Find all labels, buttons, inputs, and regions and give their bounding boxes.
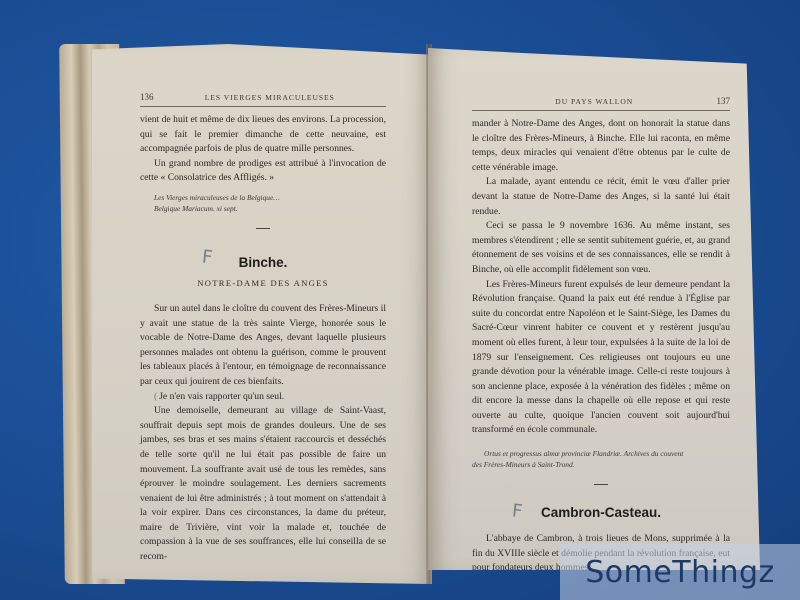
source-line: Ortus et progressus almæ provinciæ Fland… xyxy=(484,448,730,459)
section-divider xyxy=(256,228,270,229)
section-title-binche: F Binche. xyxy=(140,255,386,270)
section-title-text: Cambron-Casteau. xyxy=(541,505,661,520)
left-running-title: LES VIERGES MIRACULEUSES xyxy=(154,93,387,102)
right-running-head: DU PAYS WALLON 137 xyxy=(472,96,730,111)
paragraph: Une demoiselle, demeurant au village de … xyxy=(140,404,386,565)
section-subtitle: NOTRE-DAME DES ANGES xyxy=(140,278,386,288)
paragraph: (Je n'en vais rapporter qu'un seul. xyxy=(140,390,386,405)
right-page-number: 137 xyxy=(717,96,731,106)
section-title-cambron: F Cambron-Casteau. xyxy=(472,505,730,520)
paragraph: La malade, ayant entendu ce récit, émit … xyxy=(472,175,730,219)
source-line: Belgique Mariacum. xi sept. xyxy=(154,203,386,214)
pencil-bracket-icon: ( xyxy=(154,391,157,402)
paragraph: Sur un autel dans le cloître du couvent … xyxy=(140,302,386,390)
watermark-text: SomeThingz xyxy=(585,555,775,590)
section-divider xyxy=(594,484,608,485)
paragraph: Les Frères-Mineurs furent expulsés de le… xyxy=(472,278,730,439)
left-page-content: 136 LES VIERGES MIRACULEUSES vient de hu… xyxy=(140,92,386,565)
section-title-text: Binche. xyxy=(239,255,288,270)
pencil-mark-icon: F xyxy=(201,246,213,268)
source-citation: Les Vierges miraculeuses de la Belgique…… xyxy=(140,192,386,214)
open-book: 136 LES VIERGES MIRACULEUSES vient de hu… xyxy=(0,0,800,600)
right-page: DU PAYS WALLON 137 mander à Notre-Dame d… xyxy=(428,48,760,570)
left-running-head: 136 LES VIERGES MIRACULEUSES xyxy=(140,92,386,107)
right-page-content: DU PAYS WALLON 137 mander à Notre-Dame d… xyxy=(472,96,730,576)
paragraph: Ceci se passa le 9 novembre 1636. Au mêm… xyxy=(472,219,730,277)
paragraph: vient de huit et même de dix lieues des … xyxy=(140,113,386,157)
left-page-number: 136 xyxy=(140,92,154,102)
source-citation: Ortus et progressus almæ provinciæ Fland… xyxy=(472,448,730,470)
paragraph-text: Je n'en vais rapporter qu'un seul. xyxy=(159,391,284,402)
paragraph: Un grand nombre de prodiges est attribué… xyxy=(140,157,386,186)
watermark-logo: SomeThingz xyxy=(560,544,800,600)
left-page: 136 LES VIERGES MIRACULEUSES vient de hu… xyxy=(92,44,432,584)
pencil-mark-icon: F xyxy=(511,501,523,523)
right-running-title: DU PAYS WALLON xyxy=(472,97,717,106)
source-line: des Frères-Mineurs à Saint-Trond. xyxy=(472,459,730,470)
paragraph: mander à Notre-Dame des Anges, dont on h… xyxy=(472,117,730,175)
source-line: Les Vierges miraculeuses de la Belgique… xyxy=(154,192,386,203)
